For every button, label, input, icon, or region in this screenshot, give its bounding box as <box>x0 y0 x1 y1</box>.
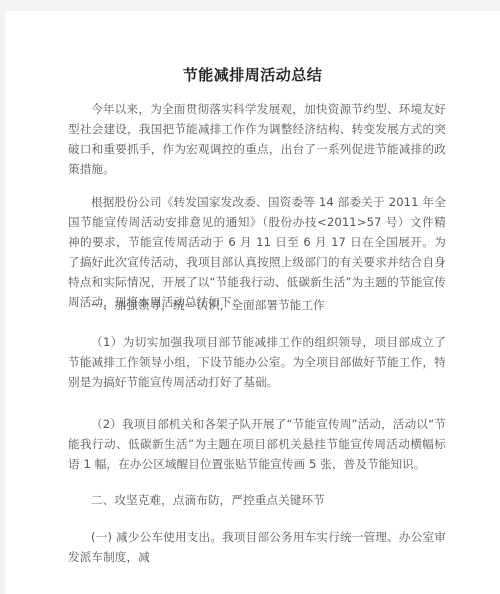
document-title: 节能减排周活动总结 <box>5 64 500 85</box>
paragraph-item-2: （2）我项目部机关和各架子队开展了“节能宣传周”活动，活动以“节能我行动、低碳新… <box>68 414 446 474</box>
paragraph-intro: 今年以来，为全面贯彻落实科学发展观，加快资源节约型、环境友好型社会建设，我国把节… <box>68 99 446 179</box>
section-heading-1: 一、加强领导，统一认识，全面部署节能工作 <box>68 295 446 315</box>
paragraph-item-1: （1）为切实加强我项目部节能减排工作的组织领导，项目部成立了节能减排工作领导小组… <box>68 332 446 392</box>
paragraph-notice: 根据股份公司《转发国家发改委、国资委等 14 部委关于 2011 年全国节能宣传… <box>68 192 446 312</box>
document-page: 节能减排周活动总结 今年以来，为全面贯彻落实科学发展观，加快资源节约型、环境友好… <box>5 11 500 594</box>
section-heading-2: 二、攻坚克难，点滴布防，严控重点关键环节 <box>68 490 446 510</box>
paragraph-subitem-1: (一) 减少公车使用支出。我项目部公务用车实行统一管理、办公室审发派车制度，减 <box>68 527 446 567</box>
